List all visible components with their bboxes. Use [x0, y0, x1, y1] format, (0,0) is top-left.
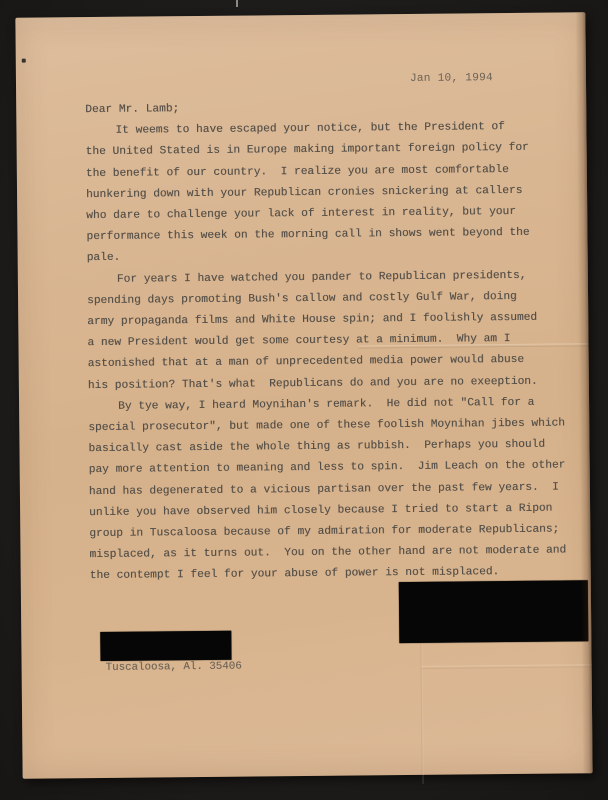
letter-date: Jan 10, 1994	[410, 72, 493, 85]
ink-speck	[22, 59, 26, 63]
fold-crease-lower	[422, 664, 592, 669]
scan-artifact-tick	[236, 0, 238, 7]
redaction-box-sender-name	[100, 631, 231, 661]
letter-body: Dear Mr. Lamb; It weems to have escaped …	[85, 95, 582, 587]
fold-crease-vertical	[420, 634, 423, 784]
redaction-box-signature	[399, 580, 589, 643]
sender-city-line: Tuscaloosa, Al. 35406	[106, 661, 242, 674]
scan-backdrop: Jan 10, 1994 Dear Mr. Lamb; It weems to …	[0, 0, 608, 800]
letter-document: Jan 10, 1994 Dear Mr. Lamb; It weems to …	[15, 12, 592, 778]
